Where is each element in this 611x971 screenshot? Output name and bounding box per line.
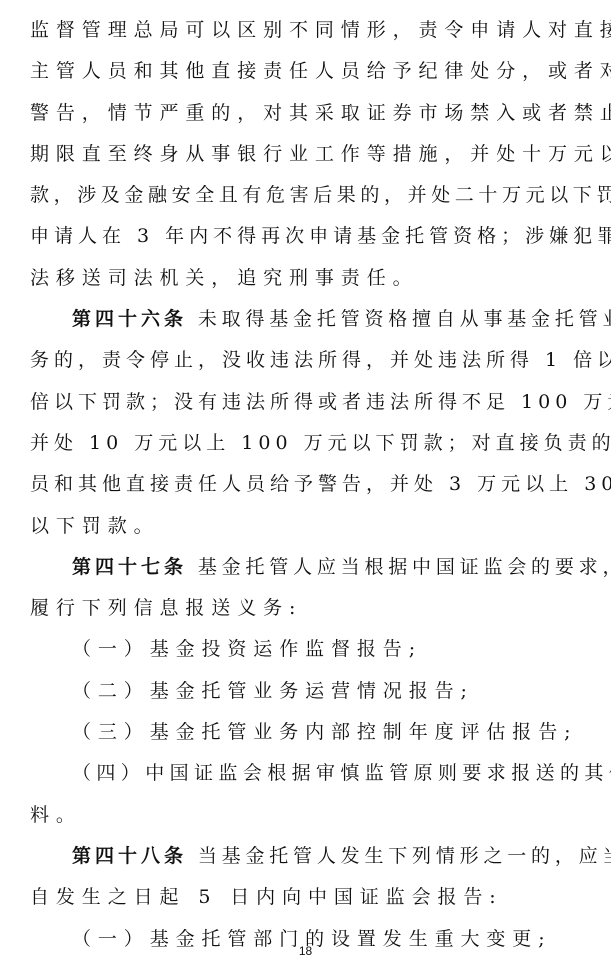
article-46-heading-line: 第四十六条 未取得基金托管资格擅自从事基金托管业 xyxy=(30,299,580,340)
text-line: 并处 10 万元以上 100 万元以下罚款；对直接负责的主管人 xyxy=(30,423,580,464)
list-item: （一）基金投资运作监督报告; xyxy=(30,629,580,670)
list-item: （二）基金托管业务运营情况报告; xyxy=(30,671,580,712)
text-line: 期限直至终身从事银行业工作等措施，并处十万元以下罚 xyxy=(30,134,580,175)
article-47-title: 第四十七条 xyxy=(72,556,187,578)
article-48-heading-line: 第四十八条 当基金托管人发生下列情形之一的，应当 xyxy=(30,836,580,877)
text-line: 主管人员和其他直接责任人员给予纪律处分，或者对其给予 xyxy=(30,51,580,92)
text-line: 自发生之日起 5 日内向中国证监会报告: xyxy=(30,877,580,918)
document-page: 监督管理总局可以区别不同情形，责令申请人对直接负责的 主管人员和其他直接责任人员… xyxy=(30,10,580,960)
list-item: （三）基金托管业务内部控制年度评估报告; xyxy=(30,712,580,753)
text-line: 履行下列信息报送义务: xyxy=(30,588,580,629)
text-line: 料。 xyxy=(30,795,580,836)
list-item: （四）中国证监会根据审慎监管原则要求报送的其他材 xyxy=(30,753,580,794)
text-line: 务的，责令停止，没收违法所得，并处违法所得 1 倍以上 5 xyxy=(30,340,580,381)
text-line: 员和其他直接责任人员给予警告，并处 3 万元以上 30 万元 xyxy=(30,464,580,505)
article-46-text: 未取得基金托管资格擅自从事基金托管业 xyxy=(198,308,611,330)
article-47-text: 基金托管人应当根据中国证监会的要求， xyxy=(198,556,611,578)
text-line: 法移送司法机关，追究刑事责任。 xyxy=(30,258,580,299)
article-46-title: 第四十六条 xyxy=(72,308,187,330)
article-48-title: 第四十八条 xyxy=(72,845,187,867)
article-47-heading-line: 第四十七条 基金托管人应当根据中国证监会的要求， xyxy=(30,547,580,588)
text-line: 以下罚款。 xyxy=(30,506,580,547)
text-line: 监督管理总局可以区别不同情形，责令申请人对直接负责的 xyxy=(30,10,580,51)
text-line: 倍以下罚款；没有违法所得或者违法所得不足 100 万元的， xyxy=(30,382,580,423)
article-48-text: 当基金托管人发生下列情形之一的，应当 xyxy=(198,845,611,867)
text-line: 警告，情节严重的，对其采取证券市场禁入或者禁止其一定 xyxy=(30,93,580,134)
page-number: 18 xyxy=(0,944,611,958)
text-line: 款，涉及金融安全且有危害后果的，并处二十万元以下罚款； xyxy=(30,175,580,216)
text-line: 申请人在 3 年内不得再次申请基金托管资格；涉嫌犯罪的依 xyxy=(30,216,580,257)
